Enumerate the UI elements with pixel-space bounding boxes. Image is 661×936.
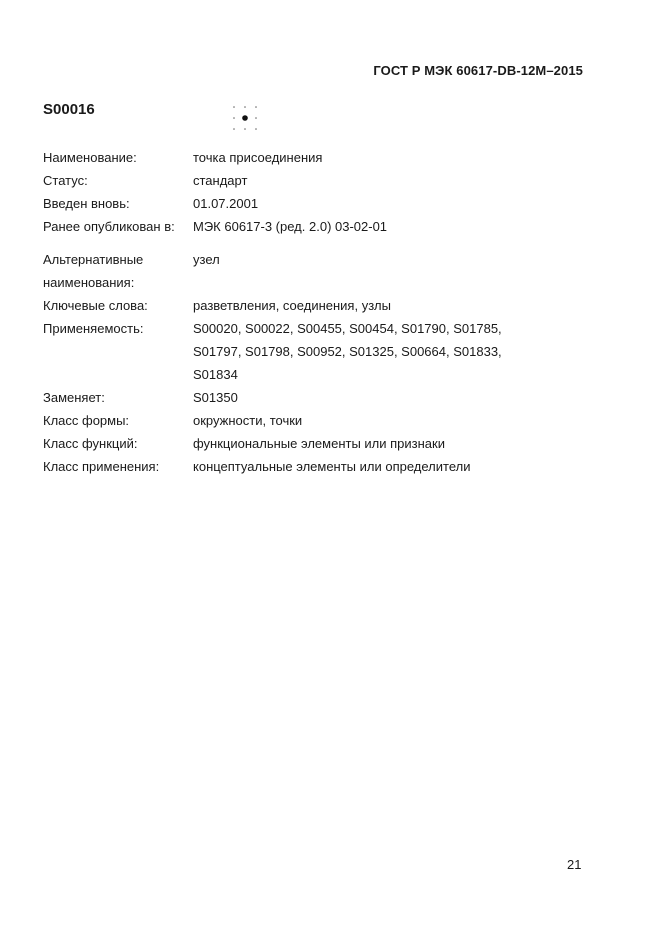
standard-header: ГОСТ Р МЭК 60617-DB-12M–2015 — [373, 63, 583, 78]
field-row: Класс функций: функциональные элементы и… — [43, 432, 603, 455]
field-label: Класс применения: — [43, 455, 193, 478]
field-label: Статус: — [43, 169, 193, 192]
field-row: Ключевые слова: разветвления, соединения… — [43, 294, 603, 317]
field-value: концептуальные элементы или определители — [193, 455, 603, 478]
field-value: функциональные элементы или признаки — [193, 432, 603, 455]
field-value: S00020, S00022, S00455, S00454, S01790, … — [193, 317, 523, 386]
field-row: Класс применения: концептуальные элемент… — [43, 455, 603, 478]
attribute-table: Наименование: точка присоединения Статус… — [43, 146, 603, 478]
field-row: Наименование: точка присоединения — [43, 146, 603, 169]
field-value: узел — [193, 248, 603, 294]
field-row: Введен вновь: 01.07.2001 — [43, 192, 603, 215]
field-label: Применяемость: — [43, 317, 193, 386]
field-value: 01.07.2001 — [193, 192, 603, 215]
field-label: Класс формы: — [43, 409, 193, 432]
field-row: Ранее опубликован в: МЭК 60617-3 (ред. 2… — [43, 215, 603, 238]
field-value: S01350 — [193, 386, 603, 409]
field-value: окружности, точки — [193, 409, 603, 432]
field-label: Ключевые слова: — [43, 294, 193, 317]
field-label: Альтернативные наименования: — [43, 248, 193, 294]
section-gap — [43, 238, 603, 248]
field-value: разветвления, соединения, узлы — [193, 294, 603, 317]
page-number: 21 — [567, 857, 581, 872]
symbol-code: S00016 — [43, 101, 95, 118]
field-label: Заменяет: — [43, 386, 193, 409]
field-row: Статус: стандарт — [43, 169, 603, 192]
field-label: Класс функций: — [43, 432, 193, 455]
field-label: Введен вновь: — [43, 192, 193, 215]
connection-point-icon — [228, 101, 262, 135]
field-value: МЭК 60617-3 (ред. 2.0) 03-02-01 — [193, 215, 603, 238]
field-row: Применяемость: S00020, S00022, S00455, S… — [43, 317, 603, 386]
field-label: Наименование: — [43, 146, 193, 169]
field-row: Класс формы: окружности, точки — [43, 409, 603, 432]
field-row: Альтернативные наименования: узел — [43, 248, 603, 294]
field-row: Заменяет: S01350 — [43, 386, 603, 409]
field-value: точка присоединения — [193, 146, 603, 169]
field-value: стандарт — [193, 169, 603, 192]
field-label: Ранее опубликован в: — [43, 215, 193, 238]
